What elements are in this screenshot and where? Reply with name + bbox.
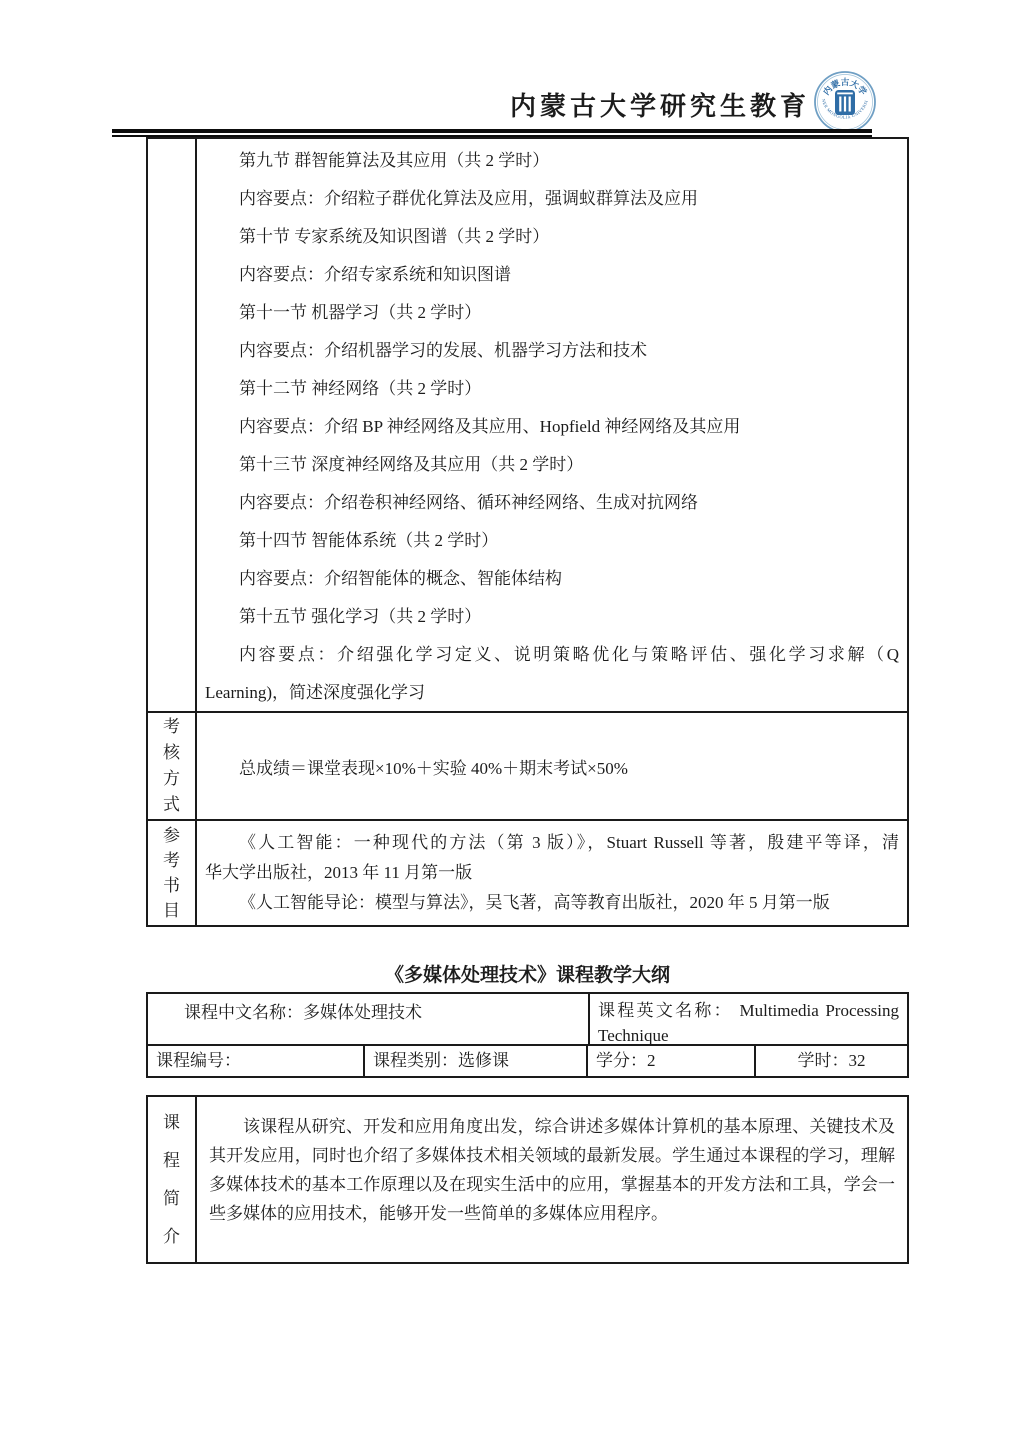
references-label-cell: 参考书目	[148, 821, 197, 925]
course-cn-name-value: 多媒体处理技术	[303, 1003, 422, 1022]
outline-row: 第九节 群智能算法及其应用（共 2 学时） 内容要点：介绍粒子群优化算法及应用，…	[148, 139, 907, 713]
course-intro-table: 课程简介 该课程从研究、开发和应用角度出发，综合讲述多媒体计算机的基本原理、关键…	[146, 1095, 909, 1264]
outline-line: 内容要点：介绍机器学习的发展、机器学习方法和技术	[205, 332, 899, 370]
university-seal-icon: 内蒙古大学 INNER MONGOLIA UNIVERSITY	[813, 70, 877, 134]
course-meta-row: 课程编号： 课程类别：选修课 学分：2 学时：32	[148, 1046, 907, 1076]
outline-line: 第十三节 深度神经网络及其应用（共 2 学时）	[205, 446, 899, 484]
outline-line: 内容要点：介绍强化学习定义、说明策略优化与策略评估、强化学习求解（Q	[205, 636, 899, 674]
course-category-cell: 课程类别：选修课	[365, 1046, 588, 1076]
outline-line: 内容要点：介绍专家系统和知识图谱	[205, 256, 899, 294]
references-row: 参考书目 《人工智能：一种现代的方法（第 3 版）》，Stuart Russel…	[148, 821, 907, 925]
reference-line: 《人工智能：一种现代的方法（第 3 版）》，Stuart Russell 等著，…	[205, 828, 899, 858]
course-intro-content: 该课程从研究、开发和应用角度出发，综合讲述多媒体计算机的基本原理、关键技术及其开…	[197, 1097, 907, 1262]
outline-line: 第十四节 智能体系统（共 2 学时）	[205, 522, 899, 560]
course-hours-value: 32	[849, 1051, 866, 1070]
outline-line: 内容要点：介绍粒子群优化算法及应用，强调蚁群算法及应用	[205, 180, 899, 218]
outline-line: 第十节 专家系统及知识图谱（共 2 学时）	[205, 218, 899, 256]
outline-content: 第九节 群智能算法及其应用（共 2 学时） 内容要点：介绍粒子群优化算法及应用，…	[197, 139, 907, 711]
course-hours-cell: 学时：32	[756, 1046, 907, 1076]
course-intro-row: 课程简介 该课程从研究、开发和应用角度出发，综合讲述多媒体计算机的基本原理、关键…	[148, 1097, 907, 1262]
header-divider-rule	[112, 129, 872, 137]
course-credits-label: 学分：	[596, 1051, 647, 1070]
course-en-name-cell: 课程英文名称： Multimedia Processing Technique	[590, 994, 907, 1044]
multimedia-syllabus-title: 《多媒体处理技术》课程教学大纲	[146, 960, 909, 987]
outline-line: 第十二节 神经网络（共 2 学时）	[205, 370, 899, 408]
course-number-label: 课程编号：	[156, 1051, 241, 1070]
outline-line: 第十一节 机器学习（共 2 学时）	[205, 294, 899, 332]
course-hours-label: 学时：	[798, 1051, 849, 1070]
course-intro-label-cell: 课程简介	[148, 1097, 197, 1262]
outline-line: 内容要点：介绍 BP 神经网络及其应用、Hopfield 神经网络及其应用	[205, 408, 899, 446]
course-intro-text: 该课程从研究、开发和应用角度出发，综合讲述多媒体计算机的基本原理、关键技术及其开…	[209, 1112, 895, 1228]
university-seal-svg: 内蒙古大学 INNER MONGOLIA UNIVERSITY	[813, 70, 877, 134]
assessment-content: 总成绩＝课堂表现×10%＋实验 40%＋期末考试×50%	[197, 713, 907, 819]
references-label: 参考书目	[162, 823, 181, 923]
course-number-cell: 课程编号：	[148, 1046, 365, 1076]
outline-line: 第十五节 强化学习（共 2 学时）	[205, 598, 899, 636]
course-category-label: 课程类别：	[373, 1051, 458, 1070]
assessment-label: 考核方式	[162, 714, 181, 818]
course-cn-name-cell: 课程中文名称：多媒体处理技术	[148, 994, 590, 1044]
course-category-value: 选修课	[458, 1051, 509, 1070]
outline-row-label-empty	[148, 139, 197, 711]
references-content: 《人工智能：一种现代的方法（第 3 版）》，Stuart Russell 等著，…	[197, 821, 907, 925]
outline-line: 第九节 群智能算法及其应用（共 2 学时）	[205, 142, 899, 180]
reference-line: 《人工智能导论：模型与算法》，吴飞著，高等教育出版社，2020 年 5 月第一版	[205, 888, 899, 918]
course-credits-value: 2	[647, 1051, 656, 1070]
assessment-label-cell: 考核方式	[148, 713, 197, 819]
outline-line: 内容要点：介绍卷积神经网络、循环神经网络、生成对抗网络	[205, 484, 899, 522]
outline-line: Learning)，简述深度强化学习	[205, 674, 899, 712]
course-intro-label: 课程简介	[162, 1104, 181, 1256]
assessment-formula: 总成绩＝课堂表现×10%＋实验 40%＋期末考试×50%	[197, 754, 628, 779]
course-outline-table: 第九节 群智能算法及其应用（共 2 学时） 内容要点：介绍粒子群优化算法及应用，…	[146, 137, 909, 927]
document-page: 内蒙古大学研究生教育 内蒙古大学 INNER MONGOLIA UNIVERSI…	[0, 0, 1024, 1447]
course-info-table: 课程中文名称：多媒体处理技术 课程英文名称： Multimedia Proces…	[146, 992, 909, 1078]
course-cn-name-label: 课程中文名称：	[184, 1003, 303, 1022]
assessment-row: 考核方式 总成绩＝课堂表现×10%＋实验 40%＋期末考试×50%	[148, 713, 907, 821]
course-credits-cell: 学分：2	[588, 1046, 756, 1076]
reference-line: 华大学出版社，2013 年 11 月第一版	[205, 858, 899, 888]
course-name-row: 课程中文名称：多媒体处理技术 课程英文名称： Multimedia Proces…	[148, 994, 907, 1046]
course-en-name-label: 课程英文名称：	[598, 1001, 733, 1020]
site-header-title: 内蒙古大学研究生教育	[0, 86, 810, 123]
outline-line: 内容要点：介绍智能体的概念、智能体结构	[205, 560, 899, 598]
